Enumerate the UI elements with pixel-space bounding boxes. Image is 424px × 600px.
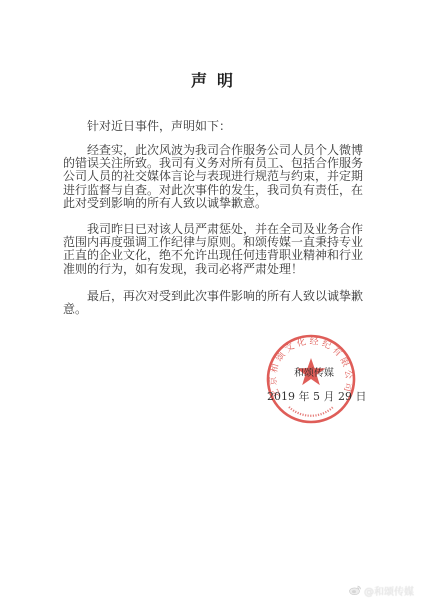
signature-company: 和颂传媒 xyxy=(294,368,334,380)
paragraph-intro: 针对近日事件，声明如下： xyxy=(63,120,365,133)
weibo-icon xyxy=(349,585,361,595)
paragraph-investigation: 经查实，此次风波为我司合作服务公司人员个人微博 的错误关注所致。我司有义务对所有… xyxy=(63,144,365,210)
statement-document: 声明 针对近日事件，声明如下： 经查实，此次风波为我司合作服务公司人员个人微博 … xyxy=(0,0,424,600)
document-title: 声明 xyxy=(0,72,424,90)
text-line: 公司人员的社交媒体言论与表现进行规范与约束，并定期 xyxy=(63,170,365,183)
text-line: 针对近日事件，声明如下： xyxy=(63,120,365,133)
signature-date: 2019 年 5 月 29 日 xyxy=(267,390,366,403)
paragraph-actions: 我司昨日已对该人员严肃惩处，并在全司及业务合作 范围内再度强调工作纪律与原则。和… xyxy=(63,223,365,276)
text-line: 进行监督与自查。对此次事件的发生，我司负有责任，在 xyxy=(63,184,365,197)
paragraph-closing: 最后，再次对受到此次事件影响的所有人致以诚挚歉 意。 xyxy=(63,290,365,316)
watermark-text: @和颂传媒 xyxy=(364,583,414,598)
text-line: 意。 xyxy=(63,303,365,316)
stamp-serial-arc xyxy=(289,407,333,416)
text-line: 正直的企业文化，绝不允许出现任何违背职业精神和行业 xyxy=(63,249,365,262)
text-line: 准则的行为，如有发现，我司必将严肃处理！ xyxy=(63,263,365,276)
text-line: 最后，再次对受到此次事件影响的所有人致以诚挚歉 xyxy=(63,290,365,303)
text-line: 此对受到影响的所有人致以诚挚歉意。 xyxy=(63,197,365,210)
weibo-watermark: @和颂传媒 xyxy=(349,582,414,598)
